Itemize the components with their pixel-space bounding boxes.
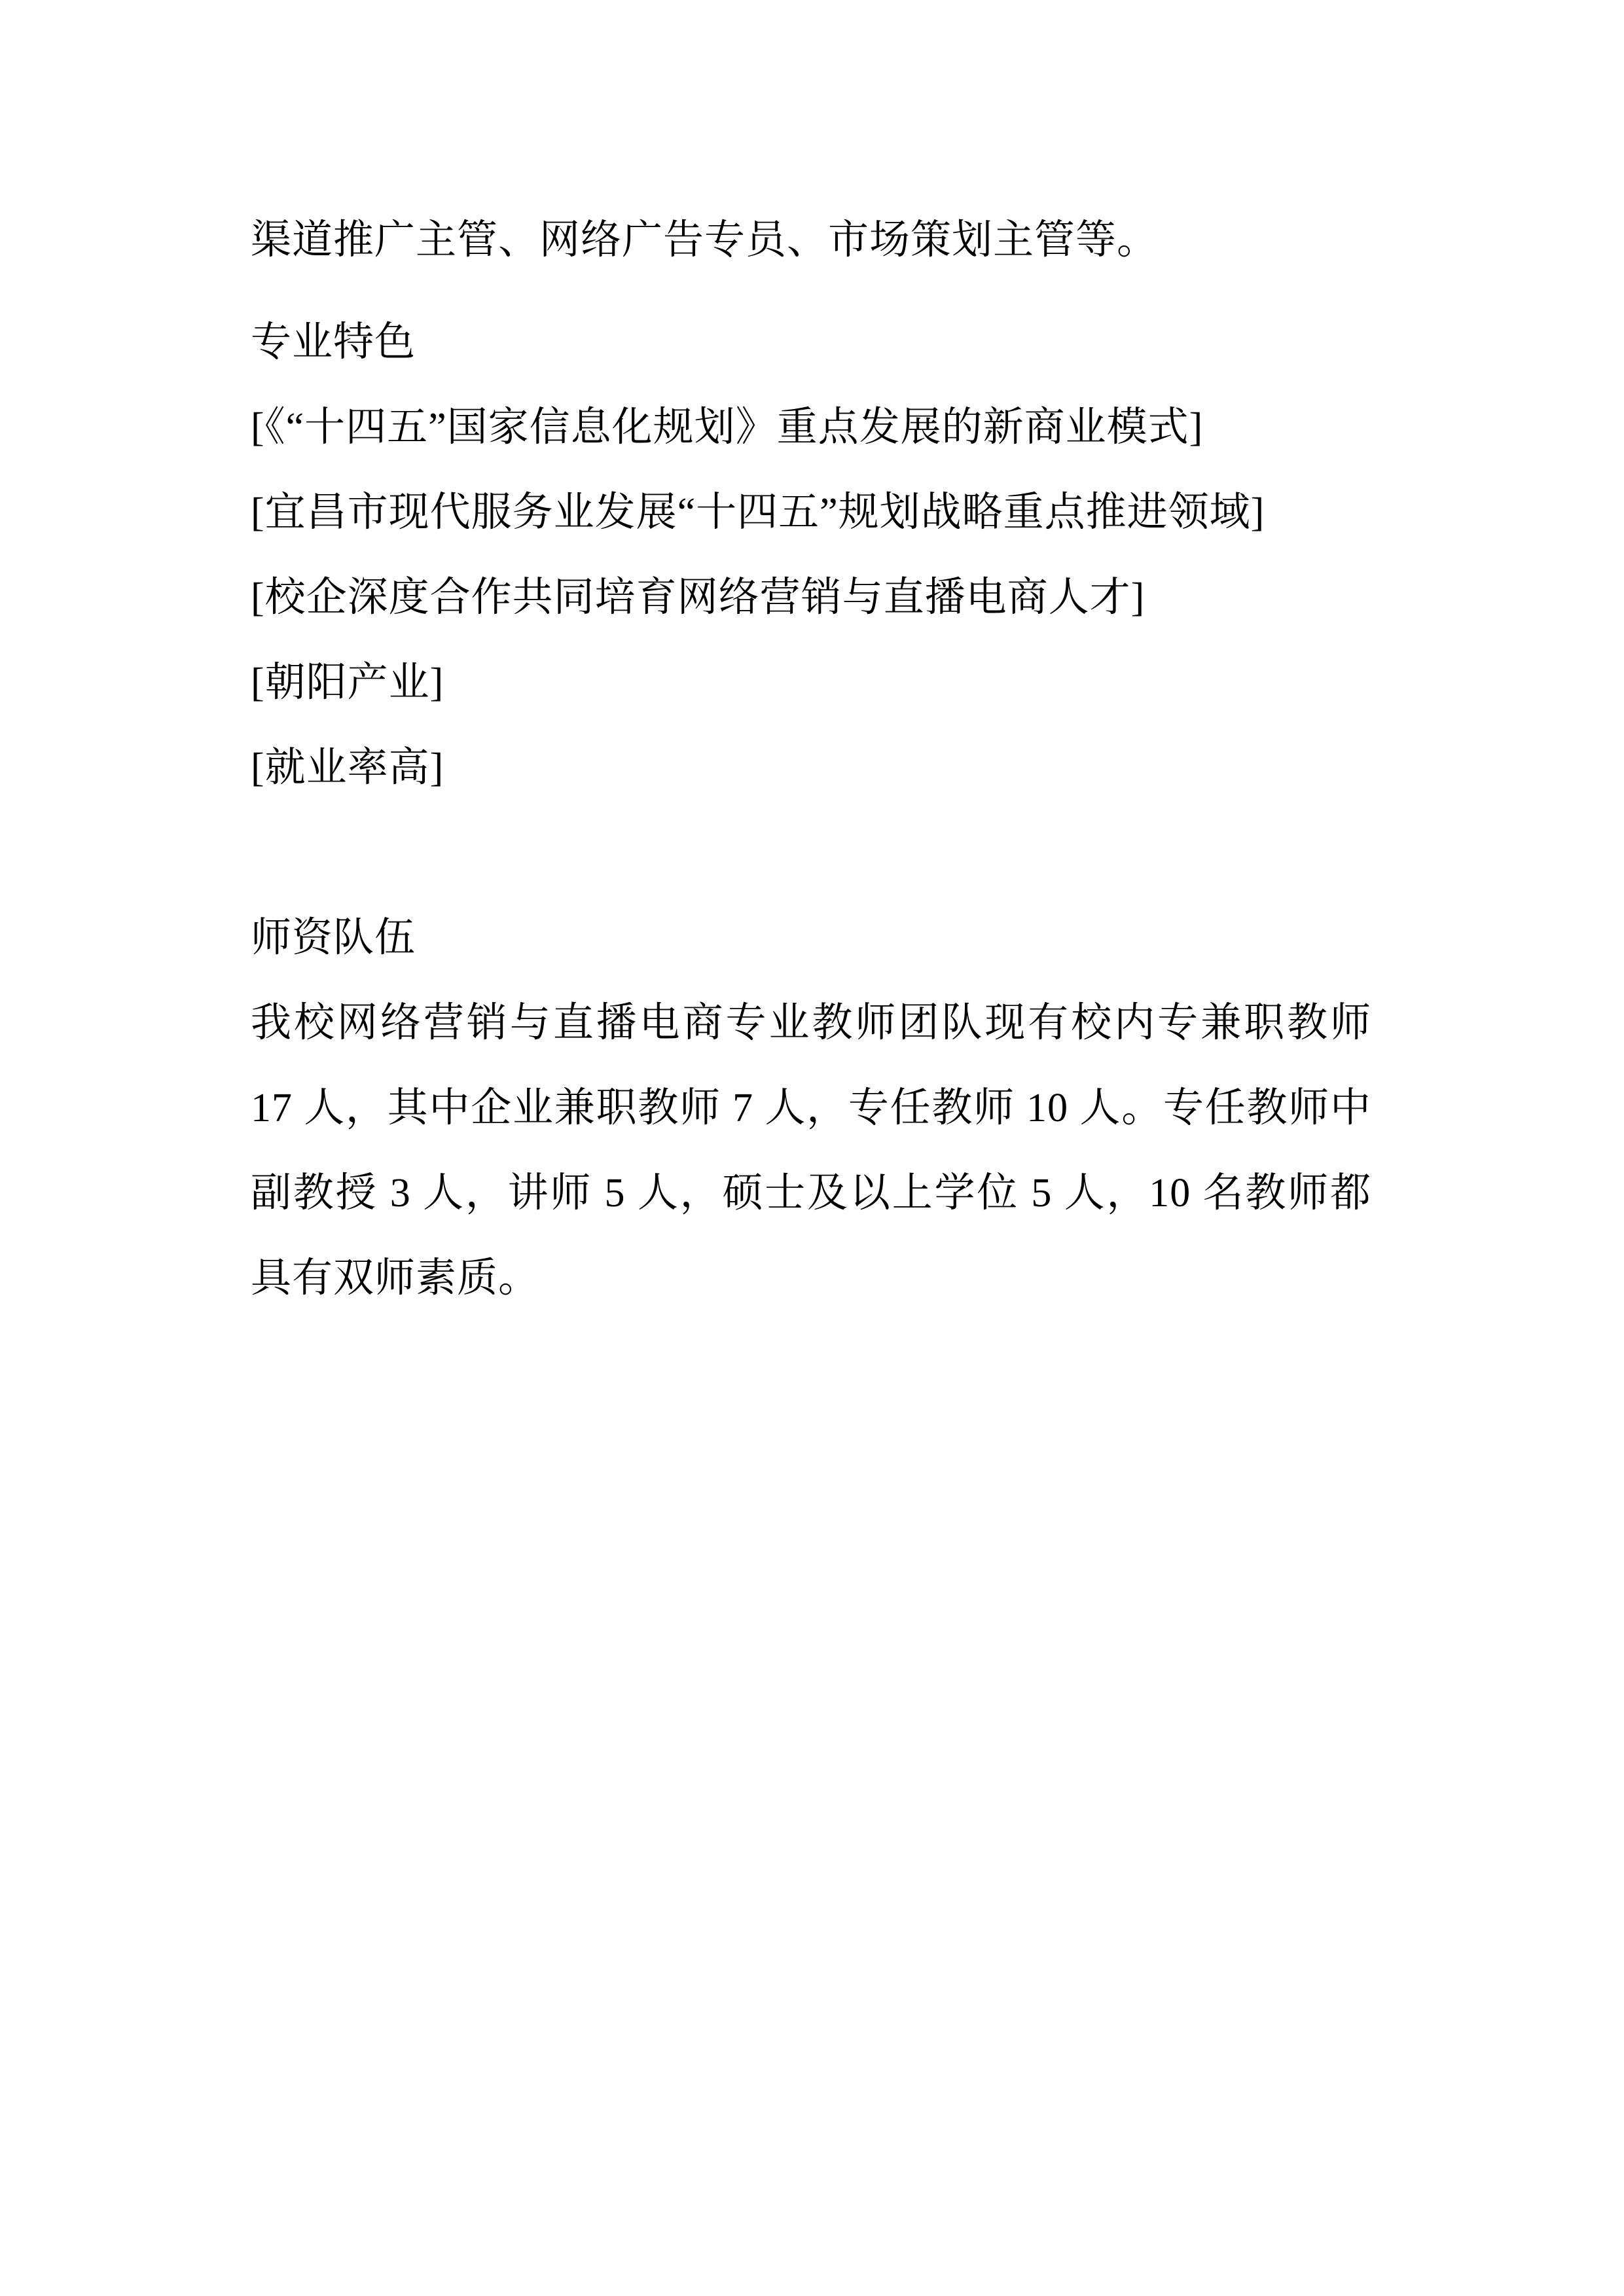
blank-line [251,810,1371,895]
document-content: 渠道推广主管、网络广告专员、市场策划主管等。 专业特色 [《“十四五”国家信息化… [251,198,1371,1321]
feature-item: [《“十四五”国家信息化规划》重点发展的新商业模式] [251,385,1371,470]
feature-item: [宜昌市现代服务业发展“十四五”规划战略重点推进领域] [251,470,1371,555]
feature-item: [朝阳产业] [251,640,1371,725]
intro-line: 渠道推广主管、网络广告专员、市场策划主管等。 [251,198,1371,283]
feature-item: [校企深度合作共同培育网络营销与直播电商人才] [251,555,1371,640]
faculty-paragraph: 我校网络营销与直播电商专业教师团队现有校内专兼职教师 17 人，其中企业兼职教师… [251,980,1371,1321]
document-page-body: { "page": { "background_color": "#ffffff… [0,0,1624,2296]
document-page: 渠道推广主管、网络广告专员、市场策划主管等。 专业特色 [《“十四五”国家信息化… [0,0,1624,2296]
features-section-heading: 专业特色 [251,300,1371,385]
faculty-section-heading: 师资队伍 [251,895,1371,980]
feature-item: [就业率高] [251,725,1371,810]
